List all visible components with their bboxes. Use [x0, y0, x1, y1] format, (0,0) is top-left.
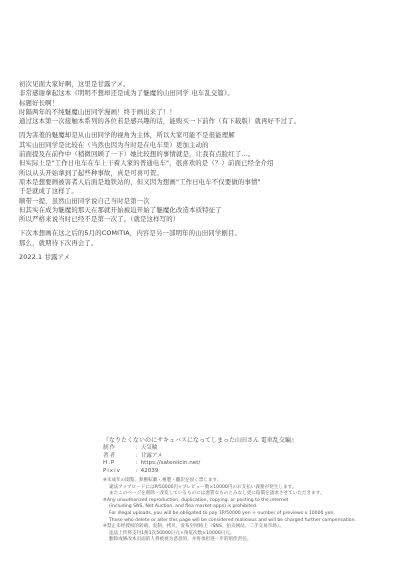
colophon-value: ：42039 [135, 468, 378, 476]
notice-line: またこのページを削除・改変しているものには悪質なものとみなし更に賠償を請求させて… [103, 491, 398, 498]
afterword-line: 所以从头开始拿到了起些种事故，真是可喜可贺。 [19, 169, 389, 178]
colophon-value: ：甘露アメ [135, 453, 378, 461]
afterword-line: 因为害羞的魅魔却是从山田同学的视角为主体，所以大家可能不是很能理解 [19, 131, 389, 140]
notice-line: (including SNS, Net Auction, and flea ma… [103, 504, 398, 511]
afterword-line: 但实际上是"工作日电车在车上干着人家的普通电车"，很喜欢的是（？）前面已经全介绍 [19, 159, 389, 168]
afterword-line: 于是就成了这样了。 [19, 187, 389, 196]
colophon-row-pixiv: Pixiv ：42039 [103, 468, 378, 476]
notice-line: ※未成年の閲覧、無断転載・複製・翻訳を固く禁じます。 [103, 478, 398, 485]
colophon-label: 著者 [103, 453, 135, 461]
afterword-line: 初次见面大家好啊，这里是甘露アメ。 [19, 80, 389, 89]
afterword-line: 前面提及在前作中（稍微回顾了一下）她比较想的事情就是，让我有点脸红了…。 [19, 150, 389, 159]
colophon-label: 制作 [103, 445, 135, 453]
afterword-line: 时隔两年的不纯魅魔山田同学漫画！终于画出来了！！ [19, 108, 389, 117]
homepage-link[interactable]: ：https://sateniicin.net/ [135, 460, 378, 468]
afterword-line: 但其实在成为魅魔的那天在那就开始被迫开始了魅魔化改造本质特征了 [19, 206, 389, 215]
afterword-line: 非常感谢拿起这本《明明不想却还是成为了魅魔的山田同学 电车乱交篇》。 [19, 89, 389, 98]
afterword-line: 其实山田同学是比较在（当然也因为当时是在电车里）更加主动的 [19, 141, 389, 150]
colophon-label: H.P [103, 460, 135, 468]
afterword-line: 顺带一提，虽然山田同学说自己当时是第一次 [19, 197, 389, 206]
colophon-row-circle: 制作 ：天気輪 [103, 445, 378, 453]
afterword-line: 那么，就期待下次再会了。 [19, 239, 389, 248]
colophon: 『なりたくないのにサキュバスになってしまった山田さん 電車乱交編』 制作 ：天気… [103, 437, 378, 475]
colophon-row-author: 著者 ：甘露アメ [103, 453, 378, 461]
notice-line: 删除或修改本页面的人将被视为恶意的，并将承担进一步的赔偿责任。 [103, 537, 398, 544]
notice-line: ※禁止未经授权的转载、复制、拷贝、发布至网络上（SNS、拍卖网站、二手交易市场）… [103, 524, 398, 531]
signature: 2022.1 甘露アメ [19, 253, 389, 262]
afterword-line: 标题好长啊！ [19, 99, 389, 108]
colophon-row-homepage: H.P ：https://sateniicin.net/ [103, 460, 378, 468]
afterword-line: 下次本想画在这之后的5月的COMITIA，内容是另一部明年的山田同学剧目。 [19, 229, 389, 238]
afterword-line: 所以严格来说当时已经不是第一次了。（就是这样写的） [19, 215, 389, 224]
afterword-text: 初次见面大家好啊，这里是甘露アメ。 非常感谢拿起这本《明明不想却还是成为了魅魔的… [19, 80, 389, 262]
colophon-value: ：天気輪 [135, 445, 378, 453]
colophon-title: 『なりたくないのにサキュバスになってしまった山田さん 電車乱交編』 [103, 437, 378, 445]
afterword-line: 原本是想要画被害者人后面是地铁站的，但又因为想画"工作日电车不仅要做的事情" [19, 178, 389, 187]
afterword-line: 通过这本第一次接触本系列的各位若是感兴趣的话，能购买一下前作（有下载版）就再好不… [19, 117, 389, 126]
notice-line: For illegal uploads, you will be obligat… [103, 511, 398, 518]
colophon-label: Pixiv [103, 468, 135, 476]
copyright-notice: ※未成年の閲覧、無断転載・複製・翻訳を固く禁じます。 違法アップロードにはP/5… [103, 478, 398, 544]
